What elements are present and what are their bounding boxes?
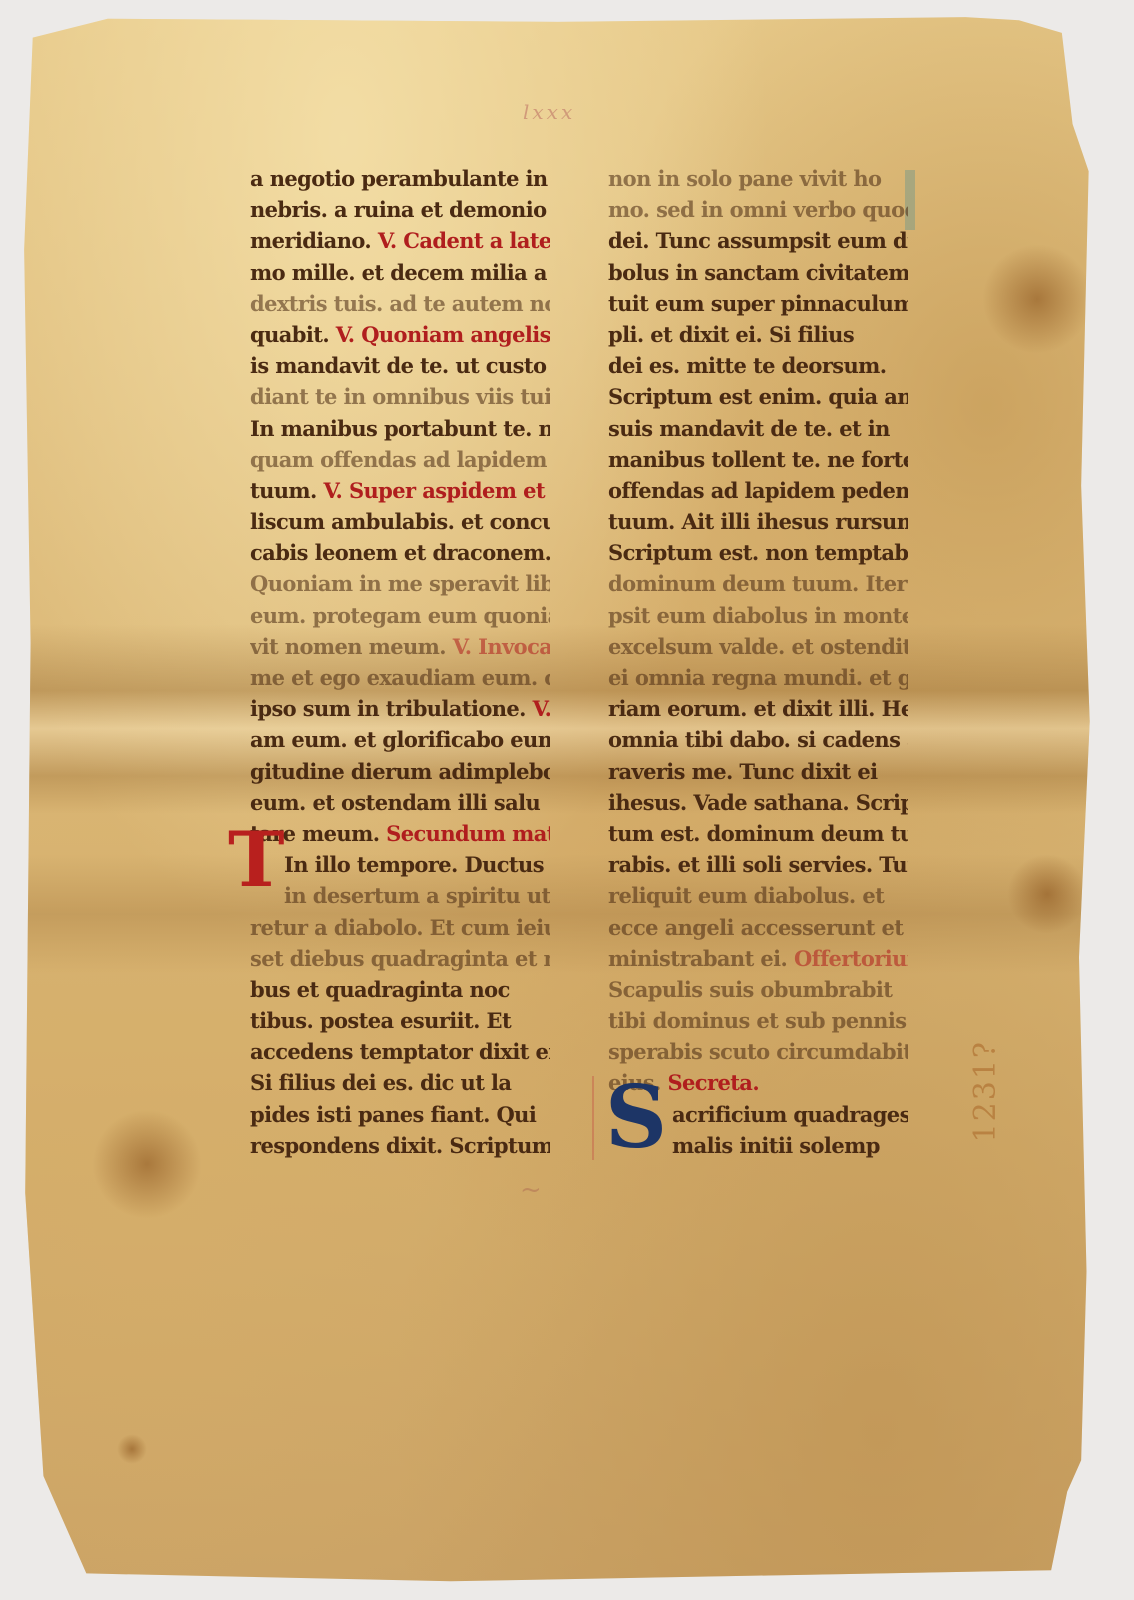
text-line: offendas ad lapidem pedem — [608, 475, 908, 506]
text-line: dextris tuis. ad te autem non appro — [250, 288, 550, 319]
text-line: ei omnia regna mundi. et glo — [608, 662, 908, 693]
manuscript-leaf — [22, 14, 1094, 1586]
text-line: excelsum valde. et ostendit — [608, 631, 908, 662]
text-line: nebris. a ruina et demonio — [250, 194, 550, 225]
text-line: liscum ambulabis. et concul — [250, 506, 550, 537]
text-line: manibus tollent te. ne forte — [608, 444, 908, 475]
text-line: retur a diabolo. Et cum ieiunas — [250, 912, 550, 943]
rubric-versicle: V. Quoniam angelis su — [336, 322, 550, 347]
text-line: pli. et dixit ei. Si filius — [608, 319, 908, 350]
text-line: mo mille. et decem milia a — [250, 257, 550, 288]
text-line: respondens dixit. Scriptum est. — [250, 1130, 550, 1161]
text-line: rabis. et illi soli servies. Tunc — [608, 849, 908, 880]
margin-annotation: 1231? — [968, 1040, 1003, 1142]
text-line: ipso sum in tribulatione. V. Eripi — [250, 693, 550, 724]
text-line: is mandavit de te. ut custo — [250, 350, 550, 381]
text-line: cabis leonem et draconem. V. — [250, 537, 550, 568]
text-line: Scriptum est. non temptabis — [608, 537, 908, 568]
text-line: quam offendas ad lapidem pedem — [250, 444, 550, 475]
text-line: pides isti panes fiant. Qui — [250, 1099, 550, 1130]
text-line: riam eorum. et dixit illi. Hec — [608, 693, 908, 724]
text-line: tibi dominus et sub pennis eius — [608, 1005, 908, 1036]
text-line: suis mandavit de te. et in — [608, 413, 908, 444]
text-line: ministrabant ei. Offertorium — [608, 943, 908, 974]
text-line: bolus in sanctam civitatem. et sta — [608, 257, 908, 288]
folio-number: lxxx — [523, 100, 575, 124]
water-stain-band — [22, 624, 1094, 814]
text-line: tare meum. Secundum matheum. — [250, 818, 550, 849]
text-line: In illo tempore. Ductus est ihesus — [250, 849, 550, 880]
text-line: am eum. et glorificabo eum. lon — [250, 724, 550, 755]
text-line: In manibus portabunt te. ne um — [250, 413, 550, 444]
text-line: tuum. Ait illi ihesus rursum. — [608, 506, 908, 537]
stain-spot — [92, 1109, 202, 1219]
faint-marginal-scribble: ~ — [520, 1175, 542, 1205]
text-line: dominum deum tuum. Iterum assum — [608, 568, 908, 599]
rubric-versicle: V. Eripi — [533, 696, 550, 721]
rubric-versicle: V. Cadent a latere tuo — [378, 228, 550, 253]
rubric-offertory: Offertorium — [794, 946, 908, 971]
text-line: psit eum diabolus in montem — [608, 600, 908, 631]
text-line: eum. et ostendam illi salu — [250, 787, 550, 818]
text-line: gitudine dierum adimplebo — [250, 756, 550, 787]
water-stain-band-lower — [22, 854, 1094, 974]
blue-initial-s: S — [592, 1076, 678, 1160]
text-line: quabit. V. Quoniam angelis su — [250, 319, 550, 350]
right-column: non in solo pane vivit ho mo. sed in omn… — [608, 163, 908, 1161]
text-line: dei. Tunc assumpsit eum dia — [608, 225, 908, 256]
rubric-versicle: V. Invocabit — [453, 634, 550, 659]
text-line: bus et quadraginta noc — [250, 974, 550, 1005]
stain-spot — [117, 1434, 147, 1464]
rubric-secret: Secreta. — [667, 1070, 759, 1095]
text-line: Quoniam in me speravit liberabo — [250, 568, 550, 599]
text-line: meridiano. V. Cadent a latere tuo — [250, 225, 550, 256]
text-line: diant te in omnibus viis tuis. V. — [250, 381, 550, 412]
rubric-versicle: V. Super aspidem et basi — [324, 478, 551, 503]
text-line: tuit eum super pinnaculum tem — [608, 288, 908, 319]
text-line: a negotio perambulante in te — [250, 163, 550, 194]
text-line: Scapulis suis obumbrabit — [608, 974, 908, 1005]
text-line: me et ego exaudiam eum. cum — [250, 662, 550, 693]
text-line: non in solo pane vivit ho — [608, 163, 908, 194]
text-line: sperabis scuto circumdabit te veritas — [608, 1036, 908, 1067]
text-line: raveris me. Tunc dixit ei — [608, 756, 908, 787]
text-line: ecce angeli accesserunt et — [608, 912, 908, 943]
text-line: tuum. V. Super aspidem et basi — [250, 475, 550, 506]
rubricated-initial-t: T — [228, 822, 285, 898]
stain-spot — [982, 244, 1092, 354]
text-line: dei es. mitte te deorsum. — [608, 350, 908, 381]
text-line: vit nomen meum. V. Invocabit — [250, 631, 550, 662]
stain-spot — [1007, 854, 1087, 934]
text-line: reliquit eum diabolus. et — [608, 880, 908, 911]
rubric-gospel-heading: Secundum matheum. — [386, 821, 550, 846]
text-line: Si filius dei es. dic ut la — [250, 1067, 550, 1098]
text-line: mo. sed in omni verbo quod procedit de o… — [608, 194, 908, 225]
text-line: tum est. dominum deum tuum ado — [608, 818, 908, 849]
text-line: Scriptum est enim. quia angelis — [608, 381, 908, 412]
text-line: ihesus. Vade sathana. Scrip — [608, 787, 908, 818]
text-line: set diebus quadraginta et noc — [250, 943, 550, 974]
text-line: in desertum a spiritu ut tempta — [250, 880, 550, 911]
text-line: eum. protegam eum quoniam cogno — [250, 600, 550, 631]
text-line: accedens temptator dixit ei. — [250, 1036, 550, 1067]
left-column: a negotio perambulante in te nebris. a r… — [250, 163, 550, 1161]
text-line: omnia tibi dabo. si cadens ado — [608, 724, 908, 755]
text-line: tibus. postea esuriit. Et — [250, 1005, 550, 1036]
